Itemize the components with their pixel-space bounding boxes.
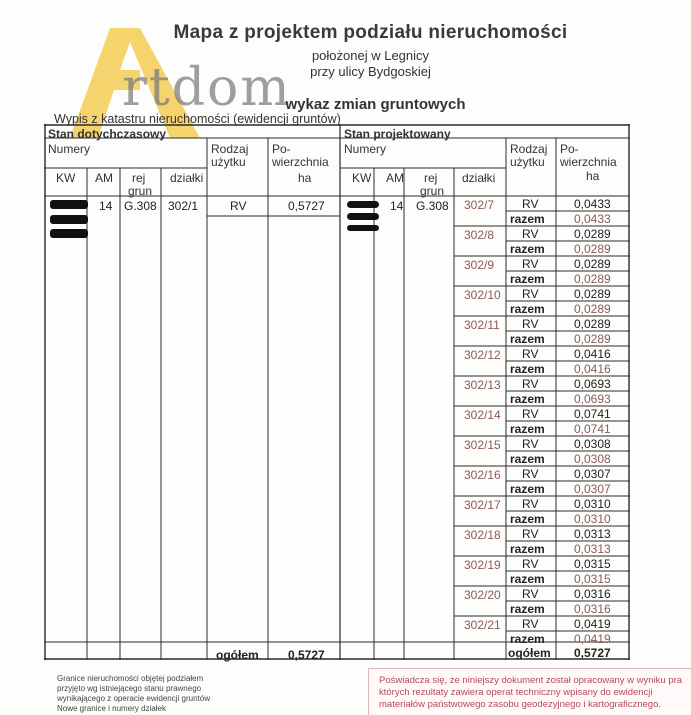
- header-kw-left: KW: [56, 171, 75, 185]
- projected-rodzaj: RV: [522, 557, 538, 571]
- razem-label: razem: [510, 512, 545, 526]
- razem-label: razem: [510, 572, 545, 586]
- total-label-projected: ogółem: [508, 646, 551, 660]
- projected-area: 0,0419: [574, 617, 611, 631]
- header-rodzaj-right-2: użytku: [510, 155, 545, 169]
- projected-dzialka: 302/14: [464, 408, 501, 422]
- existing-am: 14: [99, 199, 112, 213]
- header-rodzaj-left-1: Rodzaj: [211, 142, 248, 156]
- header-pow-right-2: wierzchnia: [560, 155, 617, 169]
- projected-dzialka: 302/20: [464, 588, 501, 602]
- boundary-note-line: przyjęto wg istniejącego stanu prawnego: [57, 684, 210, 694]
- header-ha-left: ha: [298, 171, 311, 185]
- projected-dzialka: 302/13: [464, 378, 501, 392]
- boundary-note-line: Granice nieruchomości objętej podziałem: [57, 674, 210, 684]
- header-rej-left-2: grun: [128, 184, 152, 198]
- existing-rodzaj: RV: [230, 199, 246, 213]
- stamp-line: materiałów państwowego zasobu geodezyjne…: [379, 699, 682, 711]
- group-projected: Stan projektowany: [344, 127, 451, 141]
- redacted-kw-right-2: [347, 213, 379, 220]
- redacted-kw-left-2: [50, 215, 88, 224]
- razem-label: razem: [510, 272, 545, 286]
- existing-dzialka: 302/1: [168, 199, 198, 213]
- projected-area: 0,0289: [574, 227, 611, 241]
- total-label-existing: ogółem: [216, 648, 259, 662]
- projected-dzialka: 302/11: [464, 318, 500, 332]
- projected-area: 0,0289: [574, 317, 611, 331]
- projected-area: 0,0289: [574, 287, 611, 301]
- razem-area: 0,0289: [574, 242, 611, 256]
- header-am-left: AM: [95, 171, 113, 185]
- projected-area: 0,0289: [574, 257, 611, 271]
- projected-area: 0,0310: [574, 497, 611, 511]
- stamp-line: Poświadcza się, że niniejszy dokument zo…: [379, 675, 682, 687]
- projected-dzialka: 302/10: [464, 288, 501, 302]
- projected-dzialka: 302/21: [464, 618, 501, 632]
- projected-area: 0,0307: [574, 467, 611, 481]
- redacted-kw-right-3: [347, 225, 379, 231]
- projected-rodzaj: RV: [522, 377, 538, 391]
- projected-area: 0,0741: [574, 407, 611, 421]
- location-line: położonej w Legnicy: [0, 48, 691, 63]
- redacted-kw-left-1: [50, 200, 88, 209]
- header-kw-right: KW: [352, 171, 371, 185]
- projected-rodzaj: RV: [522, 257, 538, 271]
- projected-rodzaj: RV: [522, 197, 538, 211]
- certification-stamp: Poświadcza się, że niniejszy dokument zo…: [368, 668, 691, 715]
- header-ha-right: ha: [586, 169, 599, 183]
- projected-dzialka: 302/19: [464, 558, 501, 572]
- razem-area: 0,0313: [574, 542, 611, 556]
- razem-area: 0,0308: [574, 452, 611, 466]
- projected-dzialka: 302/12: [464, 348, 501, 362]
- stamp-text: Poświadcza się, że niniejszy dokument zo…: [379, 675, 682, 711]
- header-am-right: AM: [386, 171, 404, 185]
- razem-area: 0,0693: [574, 392, 611, 406]
- projected-area: 0,0315: [574, 557, 611, 571]
- existing-rej-grun: G.308: [124, 199, 157, 213]
- projected-am: 14: [390, 199, 403, 213]
- header-numery-right: Numery: [344, 142, 386, 156]
- projected-rodzaj: RV: [522, 497, 538, 511]
- projected-area: 0,0316: [574, 587, 611, 601]
- redacted-kw-right-1: [347, 201, 379, 208]
- section-title: wykaz zmian gruntowych: [0, 96, 691, 113]
- projected-area: 0,0416: [574, 347, 611, 361]
- projected-rodzaj: RV: [522, 467, 538, 481]
- razem-label: razem: [510, 482, 545, 496]
- razem-label: razem: [510, 392, 545, 406]
- group-existing: Stan dotychczasowy: [48, 127, 166, 141]
- razem-label: razem: [510, 422, 545, 436]
- projected-rodzaj: RV: [522, 587, 538, 601]
- header-pow-left-1: Po-: [272, 142, 291, 156]
- header-pow-right-1: Po-: [560, 142, 579, 156]
- boundary-note-line: wynikającego z operacie ewidencji gruntó…: [57, 694, 210, 704]
- header-rej-right-1: rej: [424, 171, 437, 185]
- razem-label: razem: [510, 452, 545, 466]
- projected-rodzaj: RV: [522, 617, 538, 631]
- header-rej-left-1: rej: [132, 171, 145, 185]
- razem-area: 0,0289: [574, 302, 611, 316]
- header-rodzaj-left-2: użytku: [211, 155, 246, 169]
- razem-label: razem: [510, 602, 545, 616]
- projected-rodzaj: RV: [522, 527, 538, 541]
- razem-label: razem: [510, 332, 545, 346]
- razem-area: 0,0316: [574, 602, 611, 616]
- razem-label: razem: [510, 212, 545, 226]
- projected-rodzaj: RV: [522, 317, 538, 331]
- street-line: przy ulicy Bydgoskiej: [0, 64, 691, 79]
- land-changes-table: Stan dotychczasowy Stan projektowany Num…: [44, 124, 630, 660]
- total-existing: 0,5727: [288, 648, 325, 662]
- projected-dzialka: 302/7: [464, 198, 494, 212]
- header-dzialki-right: działki: [462, 171, 495, 185]
- razem-label: razem: [510, 242, 545, 256]
- razem-area: 0,0310: [574, 512, 611, 526]
- boundary-note-line: Nowe granice i numery działek: [57, 704, 210, 714]
- projected-dzialka: 302/17: [464, 498, 501, 512]
- total-projected: 0,5727: [574, 646, 611, 660]
- razem-area: 0,0741: [574, 422, 611, 436]
- projected-dzialka: 302/18: [464, 528, 501, 542]
- projected-area: 0,0693: [574, 377, 611, 391]
- razem-area: 0,0315: [574, 572, 611, 586]
- projected-area: 0,0308: [574, 437, 611, 451]
- header-numery-left: Numery: [48, 142, 90, 156]
- projected-dzialka: 302/8: [464, 228, 494, 242]
- existing-area: 0,5727: [288, 199, 325, 213]
- projected-dzialka: 302/15: [464, 438, 501, 452]
- projected-rodzaj: RV: [522, 227, 538, 241]
- stamp-line: których rezultaty zawiera operat technic…: [379, 687, 682, 699]
- projected-rodzaj: RV: [522, 437, 538, 451]
- razem-area: 0,0289: [574, 272, 611, 286]
- razem-label: razem: [510, 632, 545, 646]
- projected-rodzaj: RV: [522, 347, 538, 361]
- projected-area: 0,0433: [574, 197, 611, 211]
- redacted-kw-left-3: [50, 229, 88, 238]
- header-rej-right-2: grun: [420, 184, 444, 198]
- razem-label: razem: [510, 362, 545, 376]
- razem-area: 0,0307: [574, 482, 611, 496]
- razem-area: 0,0416: [574, 362, 611, 376]
- razem-label: razem: [510, 542, 545, 556]
- projected-rej-grun: G.308: [416, 199, 449, 213]
- projected-dzialka: 302/16: [464, 468, 501, 482]
- projected-rodzaj: RV: [522, 287, 538, 301]
- projected-area: 0,0313: [574, 527, 611, 541]
- razem-area: 0,0419: [574, 632, 611, 646]
- razem-area: 0,0289: [574, 332, 611, 346]
- projected-dzialka: 302/9: [464, 258, 494, 272]
- razem-area: 0,0433: [574, 212, 611, 226]
- header-rodzaj-right-1: Rodzaj: [510, 142, 547, 156]
- header-dzialki-left: działki: [170, 171, 203, 185]
- boundary-note: Granice nieruchomości objętej podziałem …: [57, 674, 210, 714]
- razem-label: razem: [510, 302, 545, 316]
- document-title: Mapa z projektem podziału nieruchomości: [0, 22, 691, 44]
- header-pow-left-2: wierzchnia: [272, 155, 329, 169]
- projected-rodzaj: RV: [522, 407, 538, 421]
